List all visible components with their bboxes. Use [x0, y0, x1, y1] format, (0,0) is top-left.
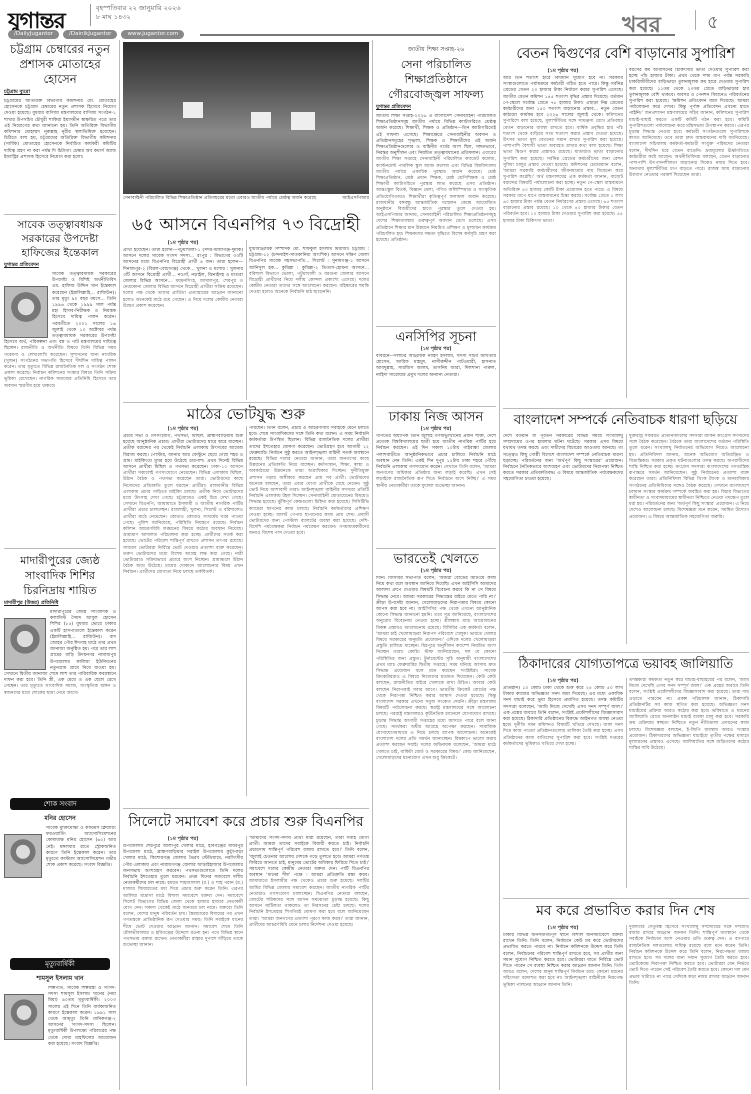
byline: মাদারীপুর (উত্তর) প্রতিনিধি: [4, 600, 116, 608]
article-mob-left: (১ম পৃষ্ঠার পর) ঢাকার বিভিন্ন জনসমাগমপূর…: [503, 925, 623, 1093]
article-death-anniversary: শামসুল ইসলাম খান শিল্পপতি, সাবেক শিল্পমন…: [4, 973, 116, 1094]
social-links: /DailyJugantor /DainikJugantor www.jugan…: [8, 30, 184, 39]
article-mob-right: দুর্বলতার সেতুবন্ধ হিসেবে সংখ্যালঘু সম্প…: [629, 925, 749, 1090]
article-body: প্রার্থী হয়েছেন। তারা হলেন—পটুয়াখালী-১…: [123, 248, 243, 408]
article-body: যুক্তরাষ্ট্র সফররত প্রতিনিধিদলের সদস্যরা…: [629, 434, 749, 644]
photo-credit: আইএসপিআর: [342, 196, 369, 202]
article-dhaka-seat: ঢাকায় নিজ আসন (১ম পৃষ্ঠার পর) গণিতের অধ…: [376, 410, 496, 539]
section-divider: [695, 10, 696, 30]
continued-label: (১ম পৃষ্ঠার পর): [503, 68, 623, 76]
article-body: সাবেক মুক্তিযোদ্ধা ও কাস্টমস ক্লিয়ারিং …: [4, 826, 116, 934]
divider: [4, 214, 116, 215]
continued-label: (১ম পৃষ্ঠার পর): [376, 426, 496, 434]
article-bangladesh-negative-right: যুক্তরাষ্ট্র সফররত প্রতিনিধিদলের সদস্যরা…: [629, 434, 749, 644]
continued-label: (১ম পৃষ্ঠার পর): [123, 836, 243, 844]
portrait-photo: [4, 286, 48, 338]
portrait-photo: [4, 618, 46, 670]
article-india-play: ভারতেই খেলতে (১ম পৃষ্ঠার পর) দিনি। বিসিব…: [376, 552, 496, 1094]
headline: ভারতেই খেলতে: [376, 552, 496, 568]
article-body: গণিতের অধ্যাপক তিনি জুলাই গণঅভ্যুত্থানের…: [376, 434, 496, 539]
headline: মাদারীপুরের জ্যেষ্ঠ সাংবাদিক শিশির চিরনি…: [4, 553, 116, 598]
article-caretaker-adviser: সাবেক তত্ত্বাবধায়ক সরকারের উপদেষ্টা হাফ…: [4, 218, 116, 552]
website-link[interactable]: www.jugantor.com: [121, 30, 184, 39]
condolence-label: শোক সংবাদ: [10, 798, 110, 810]
continued-label: (১ম পৃষ্ঠার পর): [123, 426, 243, 434]
article-condolence: মনির হোসেন সাবেক মুক্তিযোদ্ধা ও কাস্টমস …: [4, 813, 116, 934]
masthead-date: বৃহস্পতিবার ২২ জানুয়ারি ২০২৬ ৮ মাঘ ১৪৩২: [96, 4, 181, 22]
headline: ঢাকায় নিজ আসন: [376, 410, 496, 426]
article-fraud-right: তদন্তকারী কর্মকর্তা নতুন করে যাচাই-বাছাই…: [629, 678, 749, 893]
lead-photo: [123, 42, 369, 194]
headline-bnp-rebels: ৬৫ আসনে বিএনপির ৭৩ বিদ্রোহী: [123, 214, 369, 236]
continued-label: (১ম পৃষ্ঠার পর): [123, 240, 243, 248]
article-body: আর তিন শতাংশ হারে বিদ্যমান সুযোগ হবে না।…: [503, 76, 623, 406]
headline-sylhet-rally: সিলেটে সমাবেশ করে প্রচার শুরু বিএনপির: [123, 812, 369, 832]
article-body: মাদারীপুরের জ্যেষ্ঠ সাংবাদিক ও কলামিস্ট …: [4, 610, 116, 770]
headline-mob-last-day: মব করে প্রভাবিত করার দিন শেষ: [500, 901, 751, 921]
article-body: 'আমাদের সংসদ-সদস্য প্রার্থী যারা রয়েছেন…: [249, 836, 369, 1092]
section-name: খবর: [622, 8, 661, 45]
article-body: দুর্বলতার সেতুবন্ধ হিসেবে সংখ্যালঘু সম্প…: [629, 925, 749, 1090]
photo-caption: সেনাবাহিনী পরিচালিত বিভিন্ন শিক্ষাপ্রতিষ…: [123, 196, 369, 202]
article-body: উপজেলায় শেরপুরে আলীপুর খেলার মাঠে, হবিগ…: [123, 844, 243, 1094]
masthead-divider: [90, 4, 91, 26]
deceased-name: শামসুল ইসলাম খান: [4, 973, 116, 984]
article-body: প্রচার সভা ও গণসংযোগ, পথসভা, মিছিল, ব্রা…: [123, 434, 243, 804]
byline: যুগান্তর প্রতিবেদন: [376, 104, 496, 112]
kicker: জাতীয় শিক্ষা সপ্তাহ-২৬: [376, 44, 496, 55]
headline: চট্টগ্রাম চেম্বারের নতুন প্রশাসক মোতাহের…: [4, 42, 116, 87]
portrait-photo: [4, 834, 42, 878]
column-divider: [499, 40, 500, 1090]
death-anniversary-label: মৃত্যুবার্ষিকী: [10, 958, 110, 970]
continued-label: (১ম পৃষ্ঠার পর): [503, 925, 623, 933]
portrait-photo: [4, 994, 44, 1040]
headline: সেনা পরিচালিত শিক্ষাপ্রতিষ্ঠানে গৌরবোজ্জ…: [376, 57, 496, 102]
article-body: তদন্তকারী কর্মকর্তা নতুন করে যাচাই-বাছাই…: [629, 678, 749, 893]
article-body: বাবরনে—দলটির আহ্বায়ক নাহিদ ইসলাম, সদস্য…: [376, 354, 496, 404]
article-body: শিল্পপতি, সাবেক শিল্পমন্ত্রী ও সংসদ-সদস্…: [4, 986, 116, 1094]
headline: এনসিপির সূচনা: [376, 330, 496, 346]
article-salary-right: বয়সের কম আবাসনের চিকিৎসার ভাতা দেওয়ার …: [629, 68, 749, 406]
continued-label: (১ম পৃষ্ঠার পর): [376, 568, 496, 576]
article-body: প্রতিষ্ঠান) ১০ কোটি টাকা থেকে শুরু করে ২…: [503, 686, 623, 896]
headline-salary: বেতন দ্বিগুণের বেশি বাড়ানোর সুপারিশ: [500, 44, 751, 64]
article-body: দেশে বর্তমান বা পূর্বতন সরকারের বিভিন্ন …: [503, 434, 623, 644]
date-gregorian: বৃহস্পতিবার ২২ জানুয়ারি ২০২৬: [96, 4, 181, 13]
twitter-link[interactable]: /DailyJugantor: [8, 30, 59, 39]
page-number: ৫: [707, 8, 719, 39]
article-bnp-rebels-left: (১ম পৃষ্ঠার পর) প্রার্থী হয়েছেন। তারা হ…: [123, 240, 243, 408]
continued-label: (১ম পৃষ্ঠার পর): [503, 678, 623, 686]
article-body: পারছেন। তিনি বলেন, প্রচার ও আচরণবিধি সবা…: [249, 426, 369, 803]
article-bangladesh-negative-left: দেশে বর্তমান বা পূর্বতন সরকারের বিভিন্ন …: [503, 434, 623, 644]
article-body: দিনি। বিসিবির সভাপতি বলেন, 'আমরা বোর্ডের…: [376, 576, 496, 1094]
column-divider: [119, 40, 120, 1090]
headline-fraud: ঠিকাদারের যোগ্যতাপত্রে ভয়াবহ জালিয়াতি: [500, 655, 751, 675]
header-rule: [200, 34, 675, 36]
headline-bangladesh-negative: বাংলাদেশ সম্পর্কে নেতিবাচক ধারণা ছড়িয়ে: [500, 410, 751, 430]
article-ctg-chamber: চট্টগ্রাম চেম্বারের নতুন প্রশাসক মোতাহের…: [4, 42, 116, 211]
divider: [4, 548, 116, 549]
article-body: জাতীয় শিক্ষা সপ্তাহ-২০২৬ এ বাংলাদেশ সেন…: [376, 114, 496, 338]
article-army-schools: জাতীয় শিক্ষা সপ্তাহ-২৬ সেনা পরিচালিত শি…: [376, 44, 496, 338]
facebook-link[interactable]: /DainikJugantor: [63, 30, 117, 39]
article-body: চট্টগ্রামের অতিরিক্ত বিভাগীয় কমিশনার মো…: [4, 99, 116, 211]
article-vote-battle-left: (১ম পৃষ্ঠার পর) প্রচার সভা ও গণসংযোগ, পথ…: [123, 426, 243, 804]
column-divider: [372, 40, 373, 1090]
article-fraud-left: (১ম পৃষ্ঠার পর) প্রতিষ্ঠান) ১০ কোটি টাকা…: [503, 678, 623, 896]
article-bnp-rebels-right: যুগ্মআহ্বায়ক সম্পাদক মো. শফিকুল ইসলাম ম…: [249, 240, 369, 407]
article-body: ঢাকার বিভিন্ন জনসমাগমপূর্ণ স্থানে বিশাল …: [503, 933, 623, 1093]
byline: যুগান্তর প্রতিবেদন: [4, 262, 116, 270]
article-madaripur-journalist: মাদারীপুরের জ্যেষ্ঠ সাংবাদিক শিশির চিরনি…: [4, 553, 116, 770]
article-sylhet-rally-right: 'আমাদের সংসদ-সদস্য প্রার্থী যারা রয়েছেন…: [249, 836, 369, 1092]
article-body: বয়সের কম আবাসনের চিকিৎসার ভাতা দেওয়ার …: [629, 68, 749, 406]
byline: চট্টগ্রাম ব্যুরো: [4, 89, 116, 97]
article-ncp: এনসিপির সূচনা (১ম পৃষ্ঠার পর) বাবরনে—দলট…: [376, 330, 496, 404]
article-sylhet-rally-left: (১ম পৃষ্ঠার পর) উপজেলায় শেরপুরে আলীপুর …: [123, 836, 243, 1094]
article-salary-left: (১ম পৃষ্ঠার পর) আর তিন শতাংশ হারে বিদ্যম…: [503, 68, 623, 406]
article-vote-battle-right: পারছেন। তিনি বলেন, প্রচার ও আচরণবিধি সবা…: [249, 426, 369, 803]
deceased-name: মনির হোসেন: [4, 813, 116, 824]
headline: সাবেক তত্ত্বাবধায়ক সরকারের উপদেষ্টা হাফ…: [4, 218, 116, 260]
article-body: যুগ্মআহ্বায়ক সম্পাদক মো. শফিকুল ইসলাম ম…: [249, 247, 369, 407]
continued-label: (১ম পৃষ্ঠার পর): [376, 346, 496, 354]
date-bengali: ৮ মাঘ ১৪৩২: [96, 13, 181, 22]
headline-vote-battle: মাঠের ভোটযুদ্ধ শুরু: [123, 404, 369, 424]
